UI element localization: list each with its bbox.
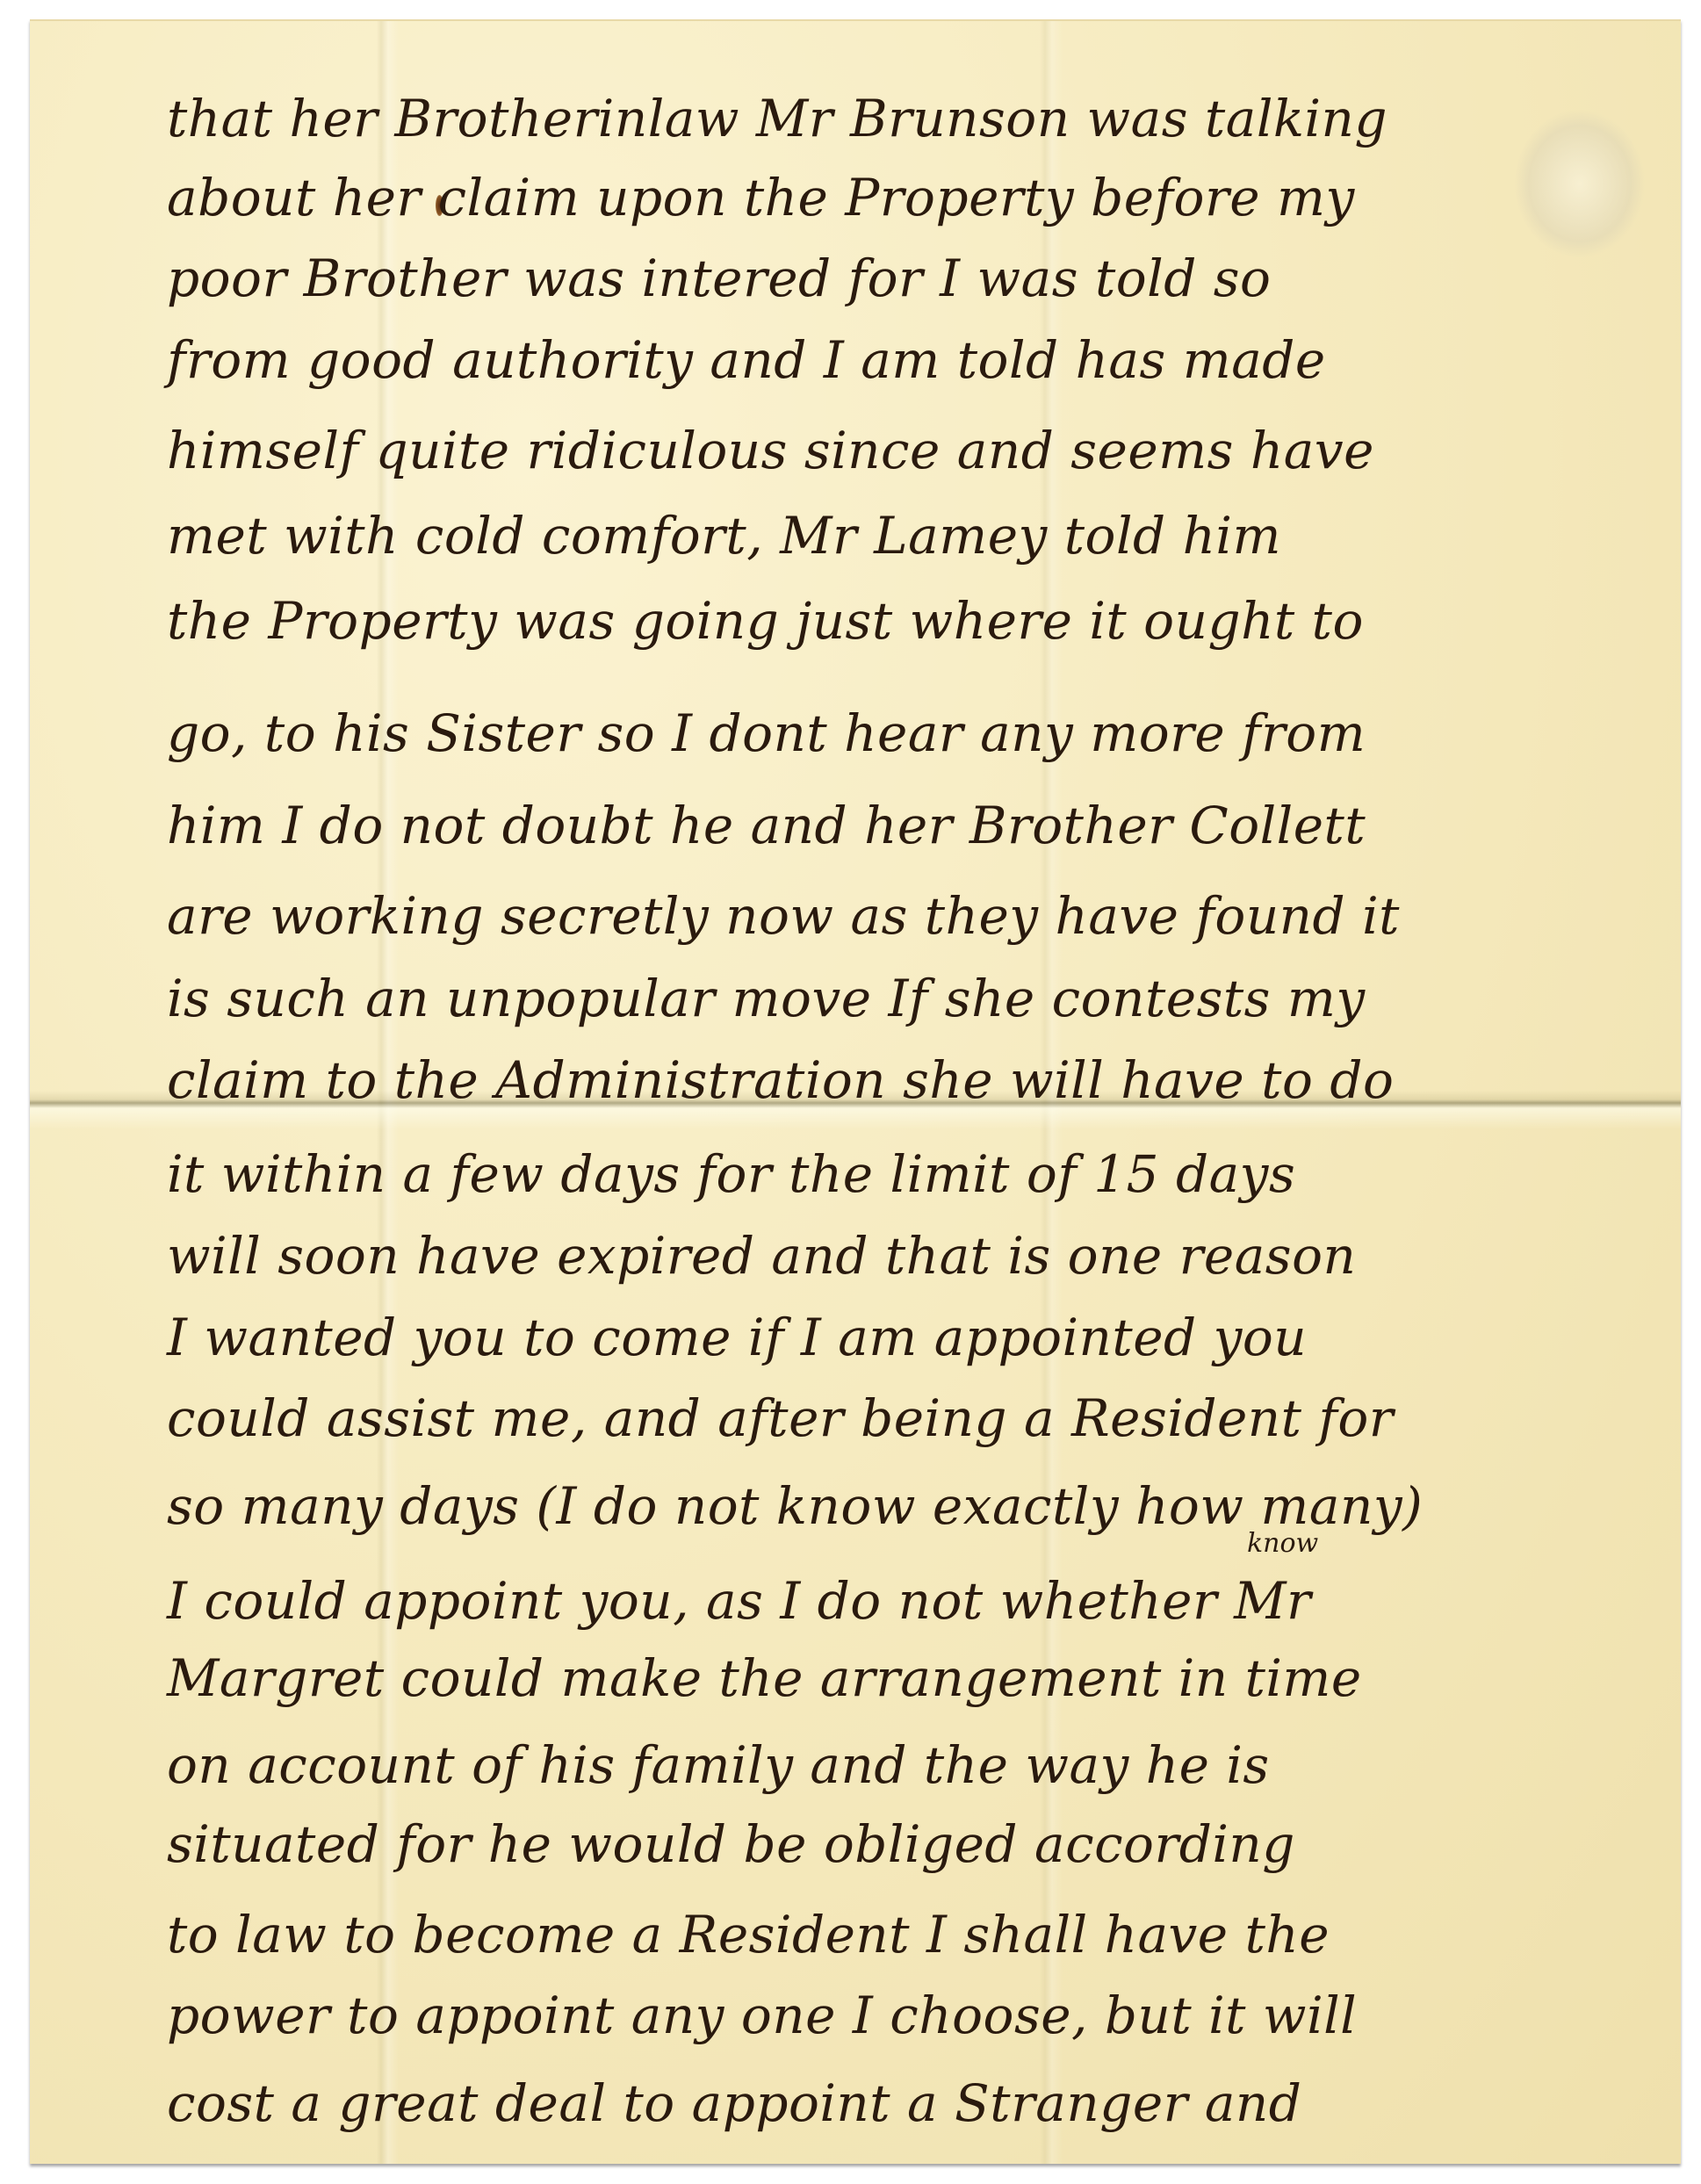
text-line: could assist me, and after being a Resid… — [167, 1388, 1651, 1449]
text-line: is such an unpopular move If she contest… — [167, 968, 1651, 1029]
text-line: about her claim upon the Property before… — [167, 167, 1651, 228]
text-line: will soon have expired and that is one r… — [167, 1225, 1651, 1287]
text-line: so many days (I do not know exactly how … — [167, 1475, 1651, 1537]
text-line: I could appoint you, as I do not whether… — [167, 1570, 1651, 1632]
text-line: are working secretly now as they have fo… — [167, 885, 1651, 947]
interlinear-insertion: know — [1247, 1528, 1318, 1559]
text-line: power to appoint any one I choose, but i… — [167, 1985, 1651, 2046]
text-line: the Property was going just where it oug… — [167, 590, 1651, 652]
text-line: cost a great deal to appoint a Stranger … — [167, 2072, 1651, 2134]
text-line: I wanted you to come if I am appointed y… — [167, 1307, 1651, 1368]
text-line: to law to become a Resident I shall have… — [167, 1904, 1651, 1965]
text-line: from good authority and I am told has ma… — [167, 329, 1651, 391]
text-line: situated for he would be obliged accordi… — [167, 1813, 1651, 1875]
handwritten-text: that her Brotherinlaw Mr Brunson was tal… — [0, 0, 1701, 2184]
text-line: met with cold comfort, Mr Lamey told him — [167, 505, 1651, 566]
text-line: poor Brother was intered for I was told … — [167, 248, 1651, 309]
text-line: Margret could make the arrangement in ti… — [167, 1647, 1651, 1709]
text-line: that her Brotherinlaw Mr Brunson was tal… — [167, 88, 1651, 149]
text-line: it within a few days for the limit of 15… — [167, 1143, 1651, 1205]
text-line: on account of his family and the way he … — [167, 1734, 1651, 1796]
text-line: claim to the Administration she will hav… — [167, 1049, 1651, 1111]
text-line: him I do not doubt he and her Brother Co… — [167, 795, 1651, 856]
text-line: go, to his Sister so I dont hear any mor… — [167, 703, 1651, 764]
text-line: himself quite ridiculous since and seems… — [167, 420, 1651, 481]
